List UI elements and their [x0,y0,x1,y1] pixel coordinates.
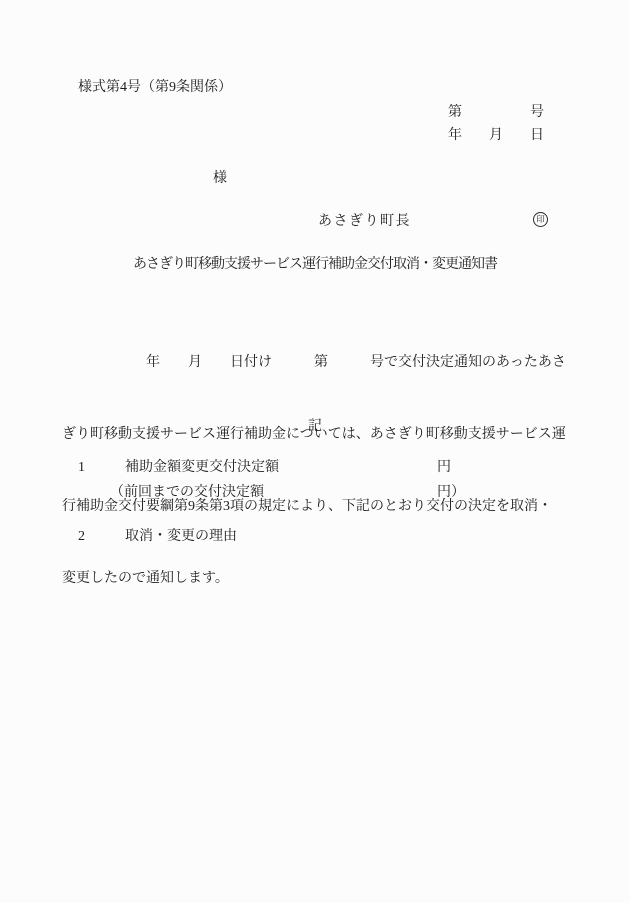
date-year-label: 年 [448,129,462,143]
document-title: あさぎり町移動支援サービス運行補助金交付取消・変更通知書 [0,258,630,272]
date-line: 年 月 日 [448,129,544,143]
item-2-number: 2 [78,530,85,544]
seal-character: 印 [536,215,545,224]
item-2-label: 取消・変更の理由 [125,530,237,544]
doc-number-line: 第 号 [448,106,544,120]
item-1-label: 補助金額変更交付決定額 [125,461,279,475]
ki-marker: 記 [0,420,630,434]
addressee-honorific: 様 [213,172,227,186]
date-day-label: 日 [530,129,544,143]
form-number: 様式第4号（第9条関係） [78,81,232,95]
doc-number-prefix: 第 [448,106,462,120]
item-1-unit: 円 [437,461,451,475]
item-1-number: 1 [78,461,85,475]
body-line-4: 変更したので通知します。 [62,567,572,591]
date-month-label: 月 [489,129,503,143]
document-page: 様式第4号（第9条関係） 第 号 年 月 日 様 あさぎり町長 印 あさぎり町移… [0,0,630,903]
doc-number-suffix: 号 [530,106,544,120]
seal-icon: 印 [533,212,548,227]
body-line-1: 年 月 日付け 第 号で交付決定通知のあったあさ [62,351,572,375]
issuer-name: あさぎり町長 [318,215,411,229]
item-1-sub-unit: 円） [437,486,465,500]
item-1-sub-label: （前回までの交付決定額 [110,486,264,500]
